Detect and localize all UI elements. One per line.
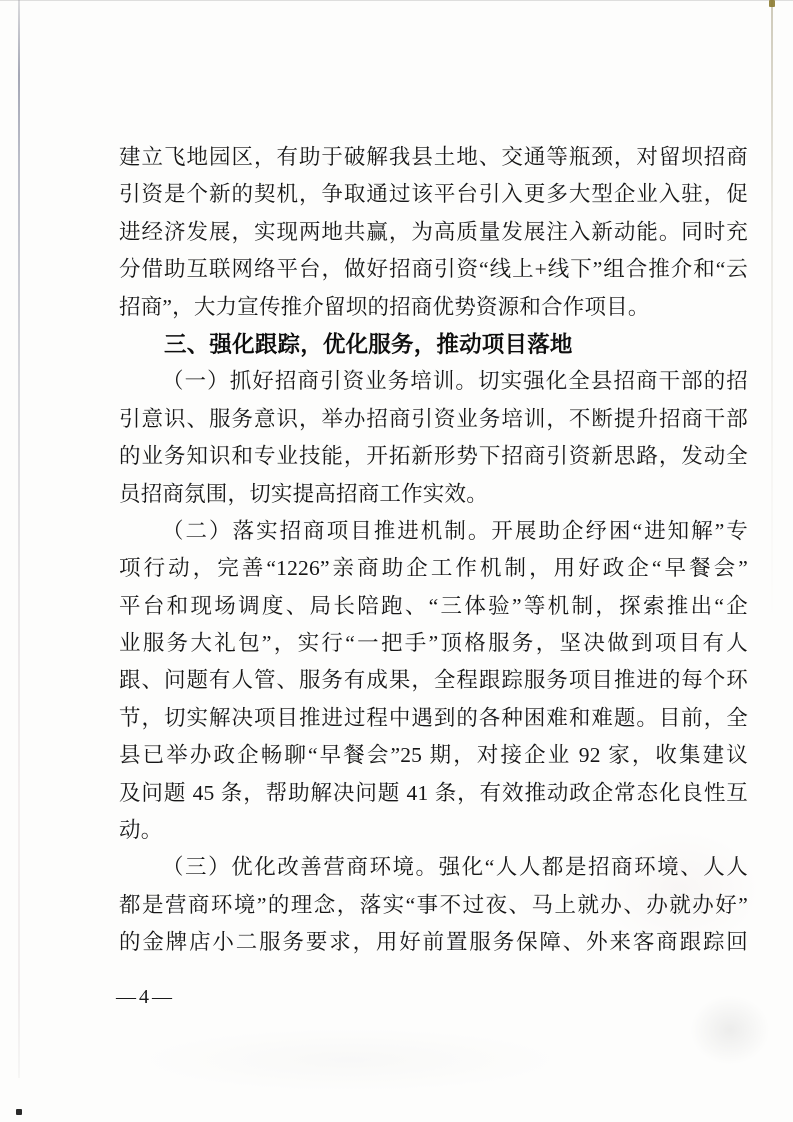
page-number: —4— — [116, 986, 175, 1009]
text-line: 都是营商环境”的理念，落实“事不过夜、马上就办、办就办好” — [119, 887, 748, 924]
text-line: 平台和现场调度、局长陪跑、“三体验”等机制，探索推出“企 — [119, 588, 748, 625]
text-line: 跟、问题有人管、服务有成果，全程跟踪服务项目推进的每个环 — [119, 662, 748, 699]
text-line: （二）落实招商项目推进机制。开展助企纾困“进知解”专 — [119, 513, 748, 550]
scan-corner-mark-artifact — [769, 0, 775, 7]
scan-smudge-artifact — [690, 995, 770, 1065]
text-line: 项行动，完善“1226”亲商助企工作机制，用好政企“早餐会” — [119, 550, 748, 587]
scan-top-edge-artifact — [0, 0, 793, 1]
text-line: 引意识、服务意识，举办招商引资业务培训，不断提升招商干部 — [119, 401, 748, 438]
scan-left-line-artifact — [18, 0, 20, 1078]
text-line: 员招商氛围，切实提高招商工作实效。 — [119, 476, 748, 513]
scan-smudge-artifact — [150, 1030, 550, 1090]
document-body: 建立飞地园区，有助于破解我县土地、交通等瓶颈，对留坝招商引资是个新的契机，争取通… — [119, 139, 748, 962]
text-line: 的业务知识和专业技能，开拓新形势下招商引资新思路，发动全 — [119, 438, 748, 475]
scan-right-line-artifact — [771, 0, 773, 620]
section-heading: 三、强化跟踪，优化服务，推动项目落地 — [119, 326, 748, 363]
text-line: 节，切实解决项目推进过程中遇到的各种困难和难题。目前，全 — [119, 700, 748, 737]
text-line: 进经济发展，实现两地共赢，为高质量发展注入新动能。同时充 — [119, 214, 748, 251]
text-line: 县已举办政企畅聊“早餐会”25 期，对接企业 92 家，收集建议 — [119, 737, 748, 774]
text-line: 动。 — [119, 812, 748, 849]
document-page: 建立飞地园区，有助于破解我县土地、交通等瓶颈，对留坝招商引资是个新的契机，争取通… — [0, 0, 793, 1122]
scan-bottom-dot-artifact — [16, 1109, 22, 1115]
text-line: 引资是个新的契机，争取通过该平台引入更多大型企业入驻，促 — [119, 176, 748, 213]
text-line: 的金牌店小二服务要求，用好前置服务保障、外来客商跟踪回访、 — [119, 924, 748, 961]
text-line: 业服务大礼包”，实行“一把手”顶格服务，坚决做到项目有人 — [119, 625, 748, 662]
text-line: （一）抓好招商引资业务培训。切实强化全县招商干部的招 — [119, 363, 748, 400]
text-line: 分借助互联网络平台，做好招商引资“线上+线下”组合推介和“云 — [119, 251, 748, 288]
text-line: 招商”，大力宣传推介留坝的招商优势资源和合作项目。 — [119, 289, 748, 326]
text-line: 及问题 45 条，帮助解决问题 41 条，有效推动政企常态化良性互 — [119, 775, 748, 812]
text-line: （三）优化改善营商环境。强化“人人都是招商环境、人人 — [119, 849, 748, 886]
text-line: 建立飞地园区，有助于破解我县土地、交通等瓶颈，对留坝招商 — [119, 139, 748, 176]
